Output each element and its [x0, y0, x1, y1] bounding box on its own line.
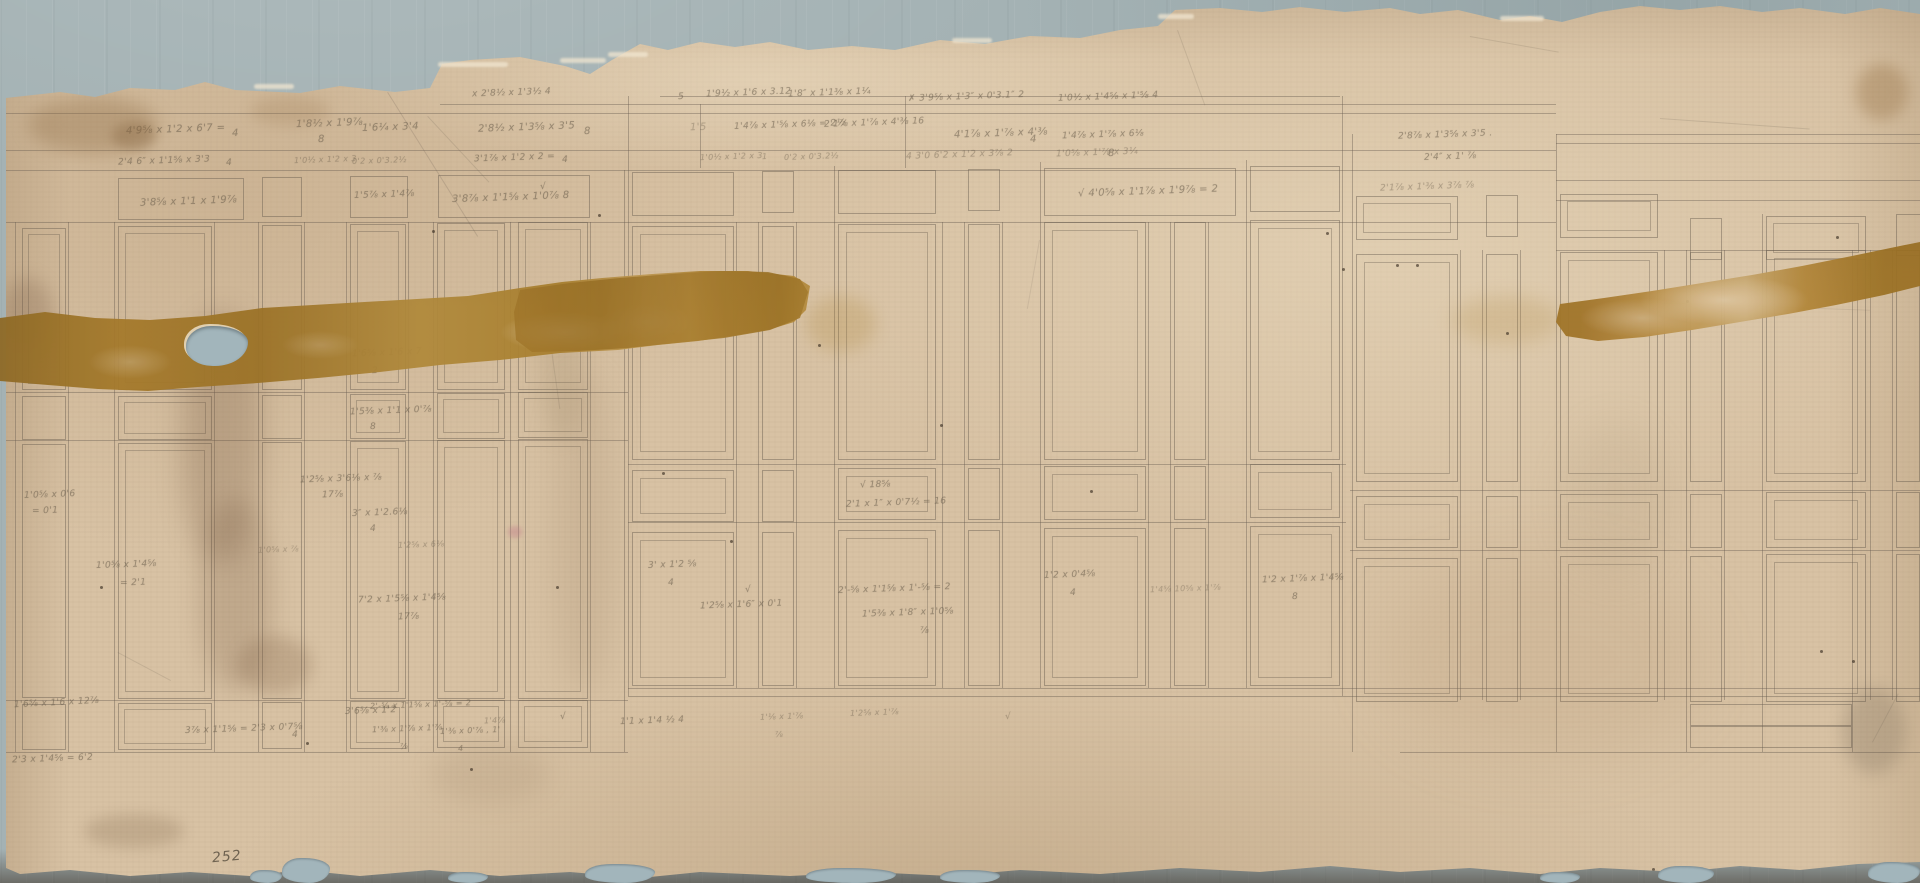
dimension-annotation: 1'5⅜ x 1'8″ x 1'0⅝ [862, 606, 954, 619]
dimension-annotation: 3'6⅝ x 1'2 [345, 705, 397, 717]
torn-edge-highlight [560, 58, 606, 63]
stain [1452, 296, 1562, 344]
foxing-speck [598, 214, 601, 217]
panel-rect [968, 224, 1000, 460]
torn-edge-highlight [1500, 16, 1544, 21]
board-chip [940, 870, 1000, 883]
panel-rect [437, 393, 505, 439]
dimension-annotation: √ [1005, 712, 1011, 722]
foxing-speck [432, 230, 435, 233]
dimension-annotation: √ 18⅝ [860, 479, 891, 490]
dimension-annotation: 0'2 x 0'3.2½ [352, 155, 407, 166]
dimension-annotation: 4 [370, 524, 376, 534]
panel-inner-line [443, 399, 499, 433]
pencil-line-horizontal [0, 150, 1556, 151]
pencil-line-vertical [628, 96, 629, 696]
panel-rect [22, 396, 66, 440]
crease-scratch [1470, 36, 1559, 53]
dimension-annotation: 3″ x 1'2.6⅛ [352, 507, 408, 519]
dimension-annotation: √ [745, 585, 751, 595]
pencil-line-vertical [1002, 222, 1003, 688]
stain [1560, 420, 1670, 580]
foxing-speck [1090, 490, 1093, 493]
panel-rect [1766, 492, 1866, 548]
dimension-annotation: 1'0½ x 1'2 x 3 [700, 151, 763, 162]
dimension-annotation: 17⅞ [398, 612, 420, 623]
foxing-speck [1852, 660, 1855, 663]
stain [250, 96, 330, 126]
dimension-annotation: 4 [292, 730, 298, 740]
dimension-annotation: 8 [1292, 592, 1298, 602]
dimension-annotation: 4 [226, 158, 232, 168]
dimension-annotation: 1 [762, 152, 768, 161]
dimension-annotation: 4 [232, 128, 239, 139]
torn-edge-highlight [952, 38, 992, 43]
pencil-line-horizontal [0, 113, 1556, 114]
foxing-speck [1416, 264, 1419, 267]
panel-inner-line [444, 447, 498, 692]
board-chip [1540, 872, 1580, 883]
dimension-annotation: 1'0½ x 1'2 x 3 [294, 154, 357, 165]
panel-rect [22, 444, 66, 698]
panel-rect [1690, 494, 1722, 548]
board-chip [1868, 862, 1920, 883]
stain [806, 296, 876, 352]
panel-inner-line [1774, 500, 1858, 540]
stain [1856, 64, 1908, 120]
pencil-line-vertical [624, 170, 625, 752]
board-chip [585, 864, 655, 883]
torn-edge-highlight [1158, 14, 1194, 19]
dimension-annotation: 2'1⅞ x 1'⅞ x 4'⅜ 16 [824, 116, 925, 130]
pencil-line-vertical [1352, 134, 1353, 752]
dimension-annotation: 1'1 x 1'4 ½ 4 [620, 715, 685, 727]
dimension-annotation: = 0'1 [32, 506, 59, 517]
dimension-annotation: 2'4″ x 1' ⅞ [1424, 151, 1477, 163]
crease-scratch [1177, 30, 1205, 106]
dimension-annotation: 4 [668, 578, 674, 588]
dimension-annotation: 1'⅛ x 1'⅞ [760, 711, 804, 722]
dimension-annotation: 2'8½ x 1'3⅝ x 3'5 [478, 120, 575, 134]
panel-rect [968, 530, 1000, 686]
dimension-annotation: 1'5⅞ x 1'4⅞ [354, 189, 415, 201]
foxing-speck [818, 344, 821, 347]
board-chip [448, 872, 488, 883]
panel-rect [1250, 526, 1340, 686]
panel-rect [1174, 466, 1206, 520]
pencil-line-horizontal [1556, 143, 1920, 144]
panel-rect [1250, 220, 1340, 460]
dimension-annotation: 1'2⅝ x 1'⅞ [850, 707, 899, 718]
pencil-line-horizontal [440, 104, 1556, 105]
panel-rect [1174, 528, 1206, 686]
dimension-annotation: √ [560, 712, 566, 722]
board-chip [250, 870, 282, 883]
panel-rect [1044, 528, 1146, 686]
dimension-annotation: 4 [562, 155, 568, 165]
dimension-annotation: 1'2 x 0'4⅝ [1044, 569, 1096, 581]
panel-rect [1356, 196, 1458, 240]
torn-edge-highlight [608, 52, 648, 57]
panel-rect [1690, 704, 1852, 726]
panel-rect [1896, 554, 1920, 702]
foxing-speck [1820, 650, 1823, 653]
dimension-annotation: 1'0½ x 1'4⅝ x 1'⅝ 4 [1058, 90, 1159, 104]
pencil-line-vertical [1892, 250, 1893, 700]
pencil-line-vertical [1208, 222, 1209, 688]
panel-rect [1356, 254, 1458, 482]
panel-rect [762, 470, 794, 522]
dimension-annotation: ⅞ [920, 626, 929, 636]
panel-inner-line [1363, 203, 1451, 233]
stain [1376, 556, 1706, 766]
panel-rect [1766, 554, 1866, 702]
panel-inner-line [1364, 262, 1450, 474]
pencil-line-vertical [964, 222, 965, 688]
dimension-annotation: 1'4⅝ 10⅝ x 1'⅞ [1150, 583, 1221, 594]
board-chip [1658, 866, 1714, 883]
dimension-annotation: 2'8⅞ x 1'3⅝ x 3'5 . [1398, 128, 1493, 141]
panel-inner-line [1052, 474, 1138, 512]
dimension-annotation: 0'2 x 0'3.2½ [784, 151, 839, 162]
panel-rect [838, 170, 936, 214]
pencil-line-vertical [1870, 250, 1871, 700]
panel-inner-line [524, 706, 582, 742]
panel-rect [1044, 222, 1146, 460]
panel-inner-line [1052, 230, 1138, 452]
panel-rect [262, 177, 302, 217]
panel-rect [1250, 464, 1340, 518]
panel-inner-line [1364, 504, 1450, 540]
panel-rect [762, 171, 794, 213]
dimension-annotation: 1'8″ x 1'1⅜ x 1¼ [788, 87, 871, 100]
panel-inner-line [1258, 472, 1332, 510]
dimension-annotation: ⅞ [400, 742, 408, 751]
panel-inner-line [1567, 201, 1651, 231]
board-chip [282, 858, 330, 883]
foxing-speck [730, 540, 733, 543]
panel-rect [437, 440, 505, 699]
panel-rect [632, 470, 734, 522]
panel-rect [838, 468, 936, 520]
pencil-line-vertical [68, 222, 69, 752]
panel-rect [22, 704, 66, 750]
panel-rect [1690, 726, 1852, 748]
panel-rect [1486, 496, 1518, 548]
pencil-line-vertical [1148, 222, 1149, 688]
dimension-annotation: 8 [584, 126, 591, 137]
panel-rect [262, 395, 302, 439]
foxing-speck [1342, 268, 1345, 271]
dimension-annotation: 1'9½ x 1'6 x 3.12 [706, 87, 792, 100]
foxing-speck [1836, 236, 1839, 239]
board-chip [806, 868, 896, 883]
dimension-annotation: 2'3 x 1'4⅝ = 6'2 [12, 753, 94, 766]
stain [1842, 688, 1906, 774]
foxing-speck [940, 424, 943, 427]
pencil-line-vertical [1246, 160, 1247, 688]
crease-scratch [1660, 118, 1810, 129]
foxing-speck [1652, 868, 1655, 871]
dimension-annotation: 1'5⅜ x 1'1 x 0'⅞ [350, 405, 432, 418]
dimension-annotation: 5 [678, 92, 684, 102]
dimension-annotation: √ [540, 182, 546, 192]
pencil-line-horizontal [628, 696, 1920, 697]
panel-inner-line [357, 448, 399, 692]
panel-rect [1250, 166, 1340, 212]
dimension-annotation: x 2'8½ x 1'3½ 4 [472, 87, 551, 100]
pencil-line-vertical [1342, 96, 1343, 696]
dimension-annotation: = 2'1 [120, 578, 147, 589]
panel-inner-line [640, 478, 726, 514]
panel-rect [1560, 194, 1658, 238]
foxing-speck [306, 742, 309, 745]
panel-rect [1896, 492, 1920, 548]
dimension-annotation: ⅞ [775, 730, 783, 739]
dimension-annotation: ✗ 3'9⅝ x 1'3″ x 0'3.1″ 2 [908, 90, 1025, 104]
panel-rect [518, 700, 588, 748]
page-number-label: 252 [211, 848, 242, 867]
pencil-line-vertical [1170, 222, 1171, 688]
dimension-annotation: 2'1⅞ x 1'⅜ x 3⅞ ⅞ [1380, 180, 1475, 193]
panel-rect [632, 172, 734, 216]
dimension-annotation: 17⅞ [322, 490, 344, 501]
stain [430, 744, 550, 804]
pencil-line-vertical [1040, 162, 1041, 688]
dimension-annotation: 4 [1070, 588, 1076, 598]
panel-inner-line [1258, 534, 1332, 678]
foxing-speck [556, 586, 559, 589]
stain [112, 122, 156, 150]
dimension-annotation: 1'0⅝ x 1'⅞ x 3¼ [1056, 147, 1138, 160]
dimension-annotation: 1'2⅝ x 6⅛ [398, 539, 445, 550]
paper-sheet: 252 4'9⅝ x 1'2 x 6'7 =41'8½ x 1'9⅞81'6¼ … [0, 0, 1920, 883]
dimension-annotation: 4 [1030, 134, 1037, 145]
panel-rect [1486, 254, 1518, 482]
dimension-annotation: 1'4⅞ x 1'⅞ x 6⅛ [1062, 129, 1144, 142]
panel-inner-line [1258, 228, 1332, 452]
foxing-speck [100, 586, 103, 589]
dimension-annotation: 1'5 [690, 122, 707, 134]
dimension-annotation: 3' x 1'2 ⅝ [648, 559, 697, 571]
panel-rect [968, 169, 1000, 211]
dimension-annotation: 1'0⅝ x 1'4⅝ [96, 559, 157, 571]
panel-rect [762, 226, 794, 460]
torn-edge-highlight [438, 62, 508, 67]
foxing-speck [470, 768, 473, 771]
panel-rect [1486, 195, 1518, 237]
artwork-canvas: 252 4'9⅝ x 1'2 x 6'7 =41'8½ x 1'9⅞81'6¼ … [0, 0, 1920, 883]
panel-inner-line [1773, 223, 1859, 253]
panel-rect [1174, 222, 1206, 460]
panel-rect [968, 468, 1000, 520]
foxing-speck [1396, 264, 1399, 267]
pencil-line-horizontal [1556, 134, 1920, 135]
stain [238, 636, 312, 694]
dimension-annotation: 1'4⅞ [484, 716, 506, 726]
stain [508, 526, 522, 538]
pencil-line-horizontal [1556, 180, 1920, 181]
panel-inner-line [1774, 562, 1858, 694]
foxing-speck [1506, 332, 1509, 335]
panel-rect [1356, 496, 1458, 548]
pencil-line-vertical [114, 222, 115, 752]
panel-rect [1044, 466, 1146, 520]
foxing-speck [662, 472, 665, 475]
torn-edge-highlight [254, 84, 294, 89]
stain [552, 372, 616, 692]
dimension-annotation: 8 [370, 422, 376, 432]
pencil-line-vertical [346, 222, 347, 752]
foxing-speck [1326, 232, 1329, 235]
dimension-annotation: 3'1⅞ x 1'2 x 2 = [474, 152, 556, 165]
crease-scratch [1027, 240, 1040, 309]
dimension-annotation: 1'0⅝ x 0'6 [24, 489, 76, 501]
pencil-line-vertical [834, 166, 835, 688]
stain [84, 814, 184, 848]
panel-inner-line [1052, 536, 1138, 678]
pencil-line-horizontal [628, 688, 1920, 689]
dimension-annotation: 8 [318, 134, 325, 145]
pencil-line-vertical [942, 222, 943, 688]
dimension-annotation: 2'4 6″ x 1'1⅝ x 3'3 [118, 154, 210, 167]
